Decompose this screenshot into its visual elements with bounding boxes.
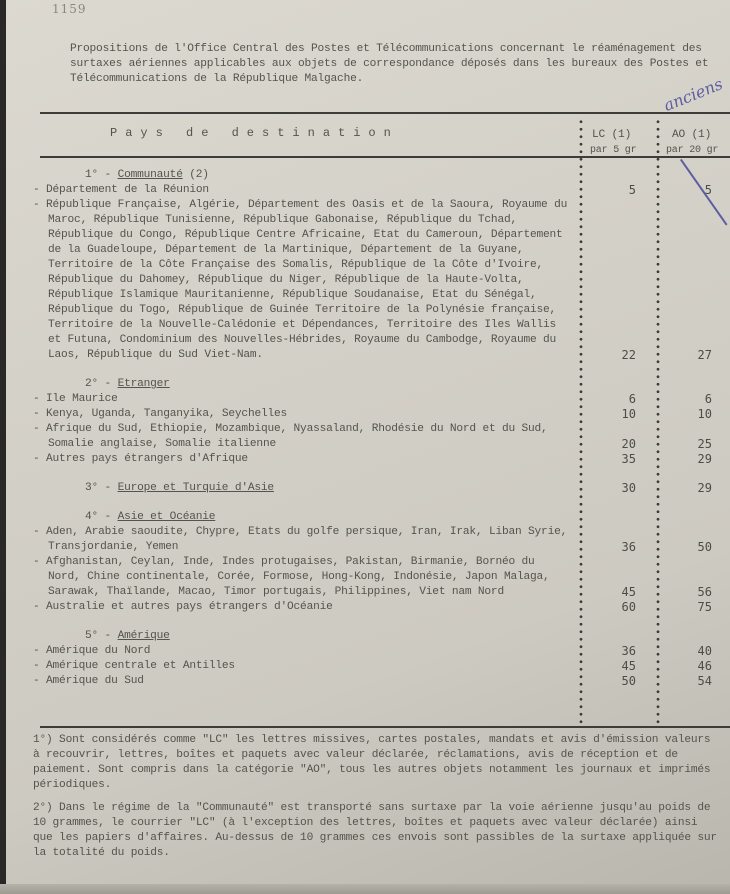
destination-row: - Autres pays étrangers d'Afrique xyxy=(33,452,573,467)
destination-row: - Amérique centrale et Antilles xyxy=(33,659,573,674)
destination-row: - Amérique du Sud xyxy=(33,674,573,689)
section-gap xyxy=(33,467,573,481)
footnote-1: 1°) Sont considérés comme "LC" les lettr… xyxy=(33,733,723,793)
section-gap xyxy=(33,615,573,629)
destination-row: - République Française, Algérie, Départe… xyxy=(33,198,573,363)
destination-row: - Département de la Réunion xyxy=(33,183,573,198)
column-separator-lc xyxy=(578,118,584,726)
lc-rate: 35 xyxy=(596,452,636,466)
destinations-table: 1° - Communauté (2)- Département de la R… xyxy=(33,168,573,689)
ao-rate: 6 xyxy=(672,392,712,406)
lc-rate: 20 xyxy=(596,437,636,451)
section-heading: 3° - Europe et Turquie d'Asie xyxy=(33,481,573,496)
ao-rate: 54 xyxy=(672,674,712,688)
destination-row: - Aden, Arabie saoudite, Chypre, Etats d… xyxy=(33,525,573,555)
section-title: Amérique xyxy=(118,630,170,642)
column-header-lc: LC (1) xyxy=(592,128,631,143)
destination-row: - Afrique du Sud, Ethiopie, Mozambique, … xyxy=(33,422,573,452)
section-gap xyxy=(33,496,573,510)
ao-rate: 5 xyxy=(672,183,712,197)
ao-rate: 29 xyxy=(672,481,712,495)
intro-paragraph: Propositions de l'Office Central des Pos… xyxy=(70,42,725,87)
reference-number: 1159 xyxy=(52,2,87,16)
footnotes: 1°) Sont considérés comme "LC" les lettr… xyxy=(33,733,723,869)
section-title: Etranger xyxy=(118,378,170,390)
column-separator-ao xyxy=(655,118,661,726)
lc-rate: 5 xyxy=(596,183,636,197)
section-title: Communauté xyxy=(118,169,183,181)
destination-row: - Australie et autres pays étrangers d'O… xyxy=(33,600,573,615)
ao-rate: 27 xyxy=(672,348,712,362)
lc-rate: 60 xyxy=(596,600,636,614)
section-note-ref: (2) xyxy=(183,169,209,181)
section-title: Asie et Océanie xyxy=(118,511,216,523)
section-number: 1° - xyxy=(85,169,118,181)
lc-rate: 10 xyxy=(596,407,636,421)
table-top-rule xyxy=(40,112,730,114)
ao-rate: 25 xyxy=(672,437,712,451)
section-number: 2° - xyxy=(85,378,118,390)
scan-edge xyxy=(0,0,6,894)
section-gap xyxy=(33,363,573,377)
ao-rate: 50 xyxy=(672,540,712,554)
section-heading: 1° - Communauté (2) xyxy=(33,168,573,183)
ao-rate: 75 xyxy=(672,600,712,614)
section-number: 5° - xyxy=(85,630,118,642)
ao-rate: 46 xyxy=(672,659,712,673)
ao-rate: 29 xyxy=(672,452,712,466)
ao-rate: 56 xyxy=(672,585,712,599)
lc-rate: 45 xyxy=(596,585,636,599)
table-bottom-rule xyxy=(40,726,730,728)
ao-rate: 40 xyxy=(672,644,712,658)
column-header-ao: AO (1) xyxy=(672,128,711,143)
lc-rate: 6 xyxy=(596,392,636,406)
scan-shadow xyxy=(0,884,730,894)
destination-row: - Kenya, Uganda, Tanganyika, Seychelles xyxy=(33,407,573,422)
section-title: Europe et Turquie d'Asie xyxy=(118,482,274,494)
section-heading: 5° - Amérique xyxy=(33,629,573,644)
section-number: 4° - xyxy=(85,511,118,523)
lc-rate: 45 xyxy=(596,659,636,673)
section-number: 3° - xyxy=(85,482,118,494)
section-heading: 4° - Asie et Océanie xyxy=(33,510,573,525)
column-header-destination: Pays de destination xyxy=(110,126,399,141)
ao-rate: 10 xyxy=(672,407,712,421)
footnote-2: 2°) Dans le régime de la "Communauté" es… xyxy=(33,801,723,861)
lc-rate: 36 xyxy=(596,644,636,658)
lc-rate: 30 xyxy=(596,481,636,495)
destination-row: - Ile Maurice xyxy=(33,392,573,407)
lc-rate: 36 xyxy=(596,540,636,554)
lc-rate: 50 xyxy=(596,674,636,688)
destination-row: - Amérique du Nord xyxy=(33,644,573,659)
column-header-ao-unit: par 20 gr xyxy=(666,145,718,157)
lc-rate: 22 xyxy=(596,348,636,362)
section-heading: 2° - Etranger xyxy=(33,377,573,392)
column-header-lc-unit: par 5 gr xyxy=(590,145,636,157)
destination-row: - Afghanistan, Ceylan, Inde, Indes protu… xyxy=(33,555,573,600)
